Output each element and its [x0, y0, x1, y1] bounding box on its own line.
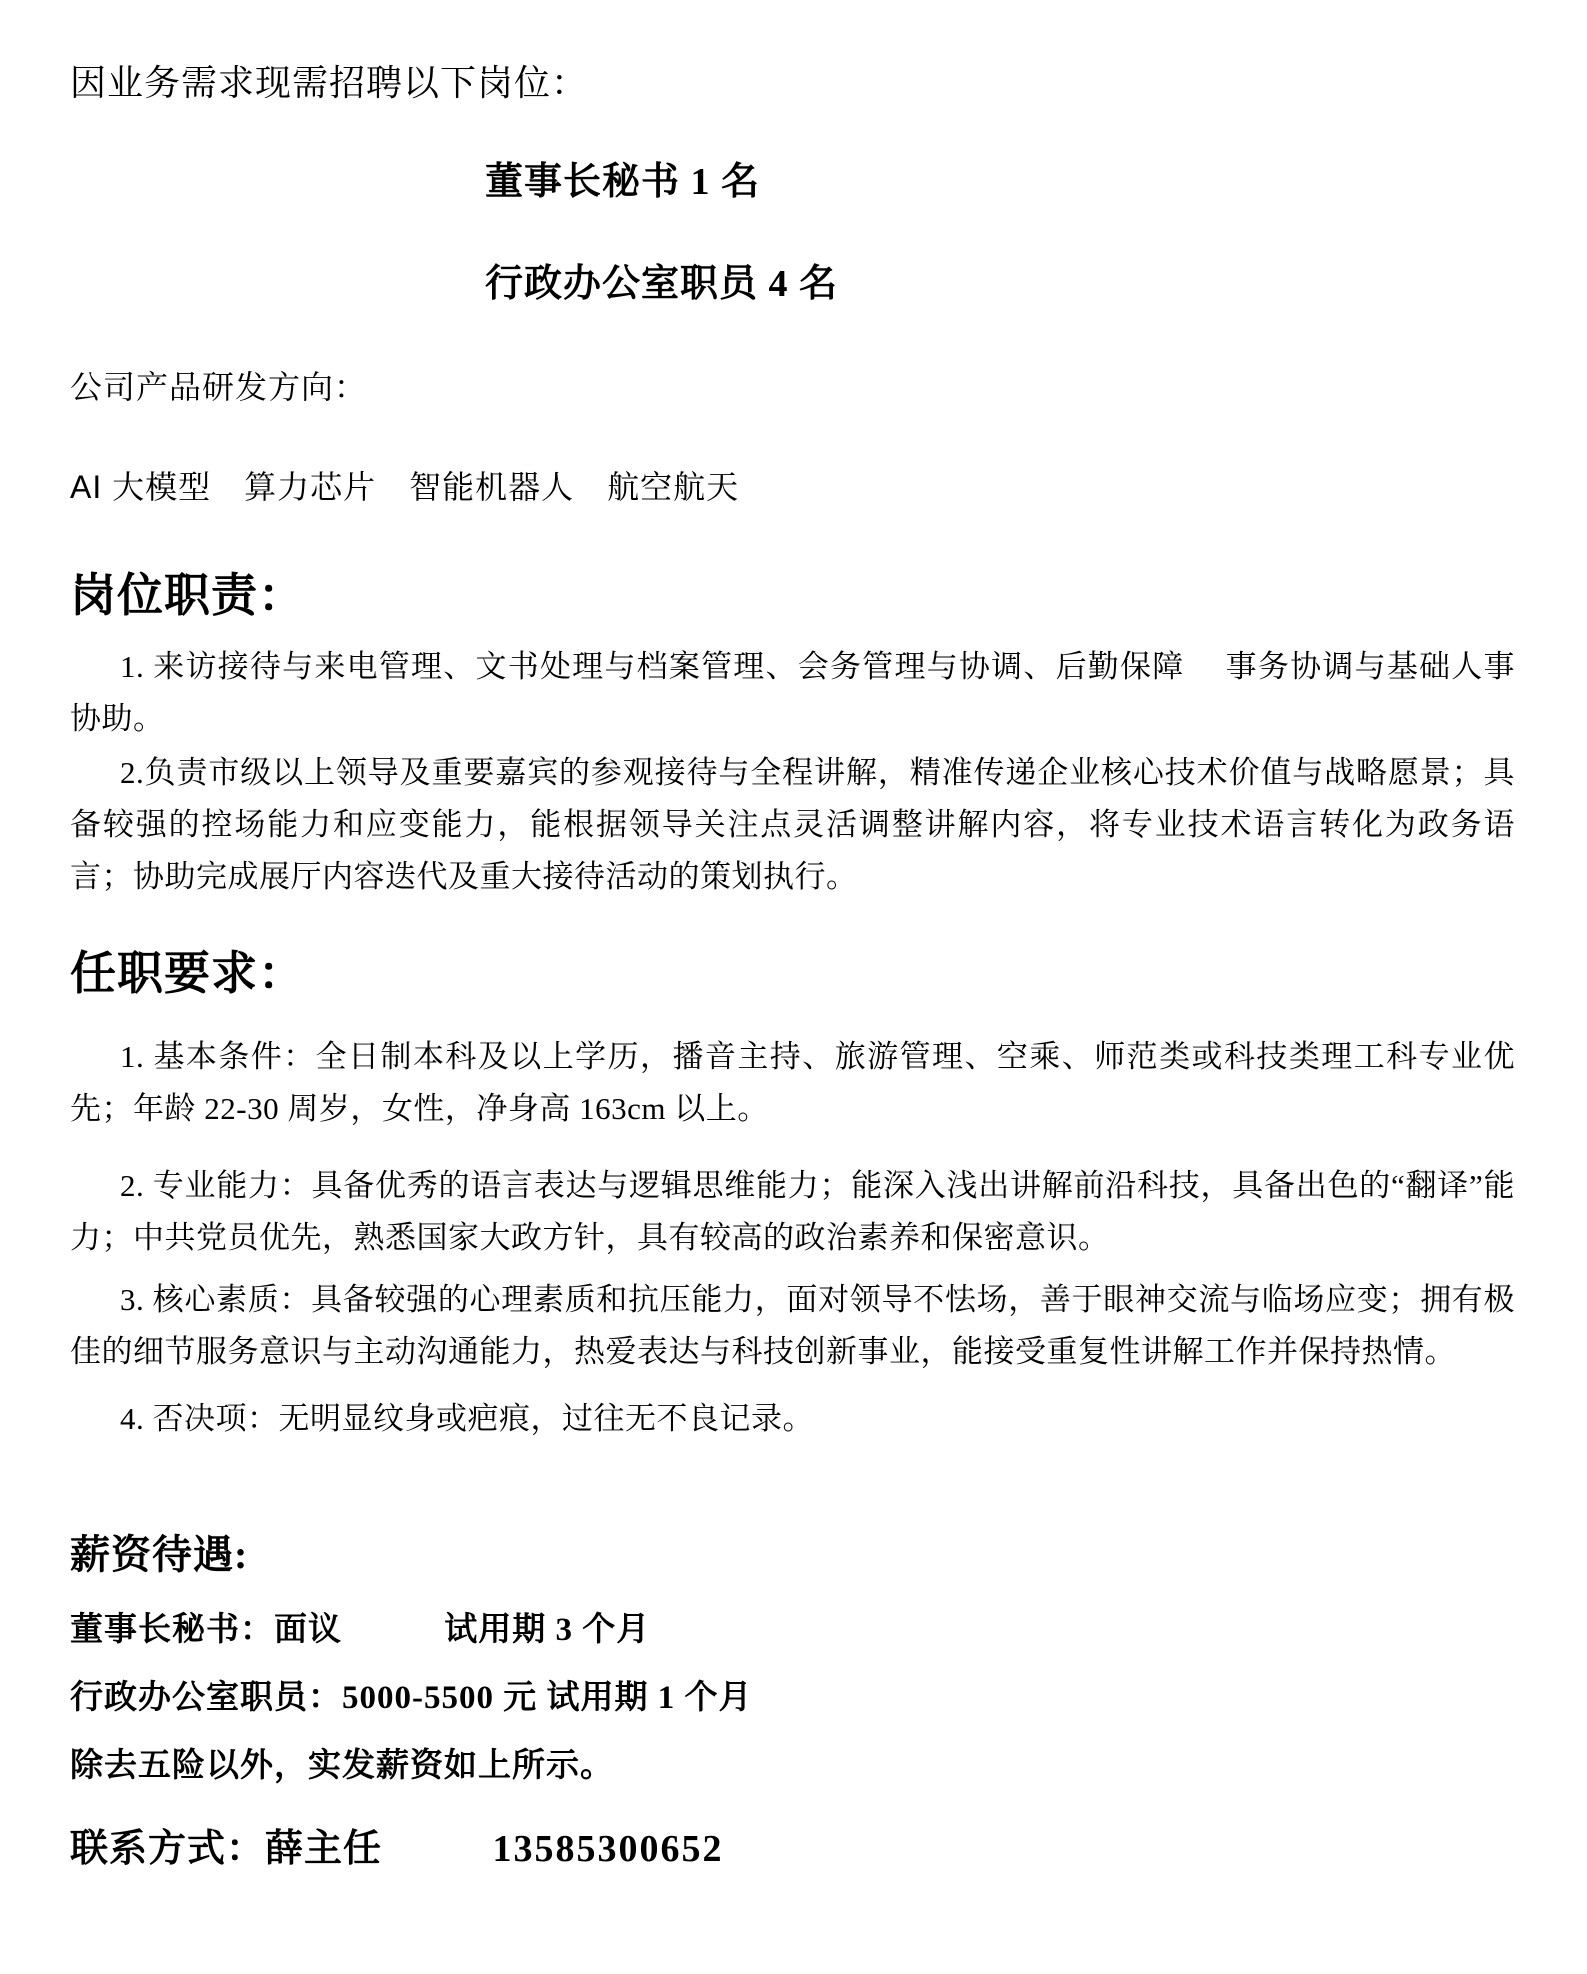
probation-chairman-secretary: 试用期 3 个月 — [444, 1612, 650, 1648]
salary-section-heading: 薪资待遇: — [70, 1530, 1515, 1580]
salary-row-chairman-secretary: 董事长秘书：面议 试用期 3 个月 — [70, 1608, 1515, 1652]
requirements-section-heading: 任职要求： — [70, 945, 1515, 1001]
salary-row-admin-office-staff: 行政办公室职员：5000-5500 元 试用期 1 个月 — [70, 1676, 1515, 1720]
rd-direction-label: 公司产品研发方向： — [70, 365, 1515, 409]
position-heading-admin-office-staff: 行政办公室职员 4 名 — [70, 258, 1515, 310]
duties-section-heading: 岗位职责： — [70, 567, 1515, 623]
contact-phone-number: 13585300652 — [493, 1824, 724, 1874]
probation-admin-office-staff: 试用期 1 个月 — [547, 1680, 753, 1716]
requirement-item-3: 3. 核心素质：具备较强的心理素质和抗压能力，面对领导不怯场，善于眼神交流与临场… — [70, 1274, 1515, 1378]
rd-direction-areas: AI 大模型 算力芯片 智能机器人 航空航天 — [70, 465, 1515, 509]
salary-label-admin-office-staff: 行政办公室职员：5000-5500 元 — [70, 1676, 537, 1720]
contact-label: 联系方式：薛主任 — [70, 1828, 382, 1870]
salary-label-chairman-secretary: 董事长秘书：面议 — [70, 1608, 435, 1652]
position-heading-chairman-secretary: 董事长秘书 1 名 — [70, 156, 1515, 208]
intro-line: 因业务需求现需招聘以下岗位： — [70, 58, 1515, 108]
salary-note: 除去五险以外，实发薪资如上所示。 — [70, 1744, 1515, 1788]
requirement-item-4: 4. 否决项：无明显纹身或疤痕，过往无不良记录。 — [70, 1393, 1515, 1445]
duty-item-1: 1. 来访接待与来电管理、文书处理与档案管理、会务管理与协调、后勤保障 事务协调… — [70, 641, 1515, 745]
requirement-item-2: 2. 专业能力：具备优秀的语言表达与逻辑思维能力；能深入浅出讲解前沿科技，具备出… — [70, 1160, 1515, 1264]
requirement-item-1: 1. 基本条件：全日制本科及以上学历，播音主持、旅游管理、空乘、师范类或科技类理… — [70, 1031, 1515, 1135]
recruitment-document-page: 因业务需求现需招聘以下岗位： 董事长秘书 1 名 行政办公室职员 4 名 公司产… — [0, 0, 1587, 1974]
duty-item-2: 2.负责市级以上领导及重要嘉宾的参观接待与全程讲解，精准传递企业核心技术价值与战… — [70, 747, 1515, 903]
contact-line: 联系方式：薛主任 13585300652 — [70, 1824, 1515, 1874]
